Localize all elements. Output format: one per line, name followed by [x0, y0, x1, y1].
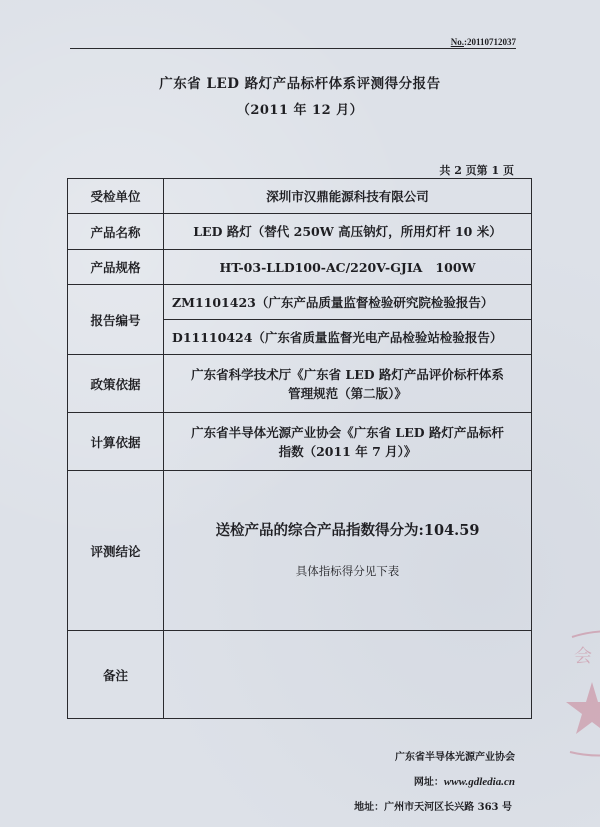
address-value: 广州市天河区长兴路 363 号: [384, 802, 512, 813]
value-calculation-basis: 广东省半导体光源产业协会《广东省 LED 路灯产品标杆 指数（2011 年 7 …: [164, 413, 532, 471]
value-inspected-unit: 深圳市汉鼎能源科技有限公司: [164, 179, 532, 214]
row-product-name: 产品名称 LED 路灯（替代 250W 高压钠灯，所用灯杆 10 米）: [68, 214, 532, 250]
row-inspected-unit: 受检单位 深圳市汉鼎能源科技有限公司: [68, 179, 532, 214]
row-policy-basis: 政策依据 广东省科学技术厅《广东省 LED 路灯产品评价标杆体系 管理规范（第二…: [68, 355, 532, 413]
svg-text:会: 会: [574, 646, 592, 667]
label-product-name: 产品名称: [68, 214, 164, 250]
label-report-number: 报告编号: [68, 285, 164, 355]
value-report-number-1: ZM1101423（广东产品质量监督检验研究院检验报告）: [164, 285, 532, 320]
label-conclusion: 评测结论: [68, 471, 164, 631]
footer-address: 地址：广州市天河区长兴路 363 号: [354, 798, 512, 813]
official-seal-icon: 会: [562, 622, 600, 762]
value-product-name: LED 路灯（替代 250W 高压钠灯，所用灯杆 10 米）: [164, 214, 532, 250]
label-product-spec: 产品规格: [68, 250, 164, 285]
label-remarks: 备注: [68, 631, 164, 719]
row-remarks: 备注: [68, 631, 532, 719]
document-number-value: 20110712037: [467, 37, 516, 47]
address-label: 地址：: [354, 802, 384, 813]
document-number: No.:20110712037: [451, 37, 516, 47]
document-number-rule: No.:20110712037: [70, 36, 516, 49]
row-conclusion: 评测结论 送检产品的综合产品指数得分为:104.59 具体指标得分见下表: [68, 471, 532, 631]
policy-basis-line1: 广东省科学技术厅《广东省 LED 路灯产品评价标杆体系: [164, 365, 531, 384]
value-remarks: [164, 631, 532, 719]
label-inspected-unit: 受检单位: [68, 179, 164, 214]
label-policy-basis: 政策依据: [68, 355, 164, 413]
report-date: （2011 年 12 月）: [0, 99, 600, 118]
report-title: 广东省 LED 路灯产品标杆体系评测得分报告: [0, 72, 600, 92]
row-product-spec: 产品规格 HT-03-LLD100-AC/220V-GJIA 100W: [68, 250, 532, 285]
value-report-number-2: D11110424（广东省质量监督光电产品检验站检验报告）: [164, 320, 532, 355]
label-calculation-basis: 计算依据: [68, 413, 164, 471]
row-report-number-1: 报告编号 ZM1101423（广东产品质量监督检验研究院检验报告）: [68, 285, 532, 320]
conclusion-note: 具体指标得分见下表: [164, 562, 531, 581]
value-conclusion: 送检产品的综合产品指数得分为:104.59 具体指标得分见下表: [164, 471, 532, 631]
calculation-basis-line1: 广东省半导体光源产业协会《广东省 LED 路灯产品标杆: [164, 423, 531, 442]
row-calculation-basis: 计算依据 广东省半导体光源产业协会《广东省 LED 路灯产品标杆 指数（2011…: [68, 413, 532, 471]
calculation-basis-line2: 指数（2011 年 7 月）》: [164, 442, 531, 461]
website-link[interactable]: www.gdledia.cn: [444, 776, 515, 788]
evaluation-table: 受检单位 深圳市汉鼎能源科技有限公司 产品名称 LED 路灯（替代 250W 高…: [67, 178, 532, 719]
value-policy-basis: 广东省科学技术厅《广东省 LED 路灯产品评价标杆体系 管理规范（第二版）》: [164, 355, 532, 413]
conclusion-score-text: 送检产品的综合产品指数得分为:104.59: [164, 521, 531, 540]
footer-organization: 广东省半导体光源产业协会: [395, 748, 515, 763]
page-info: 共 2 页第 1 页: [439, 162, 514, 178]
footer-website: 网址：www.gdledia.cn: [414, 773, 515, 788]
document-number-label: No.: [451, 37, 464, 47]
value-product-spec: HT-03-LLD100-AC/220V-GJIA 100W: [164, 250, 532, 285]
website-label: 网址：: [414, 777, 444, 788]
policy-basis-line2: 管理规范（第二版）》: [164, 384, 531, 403]
